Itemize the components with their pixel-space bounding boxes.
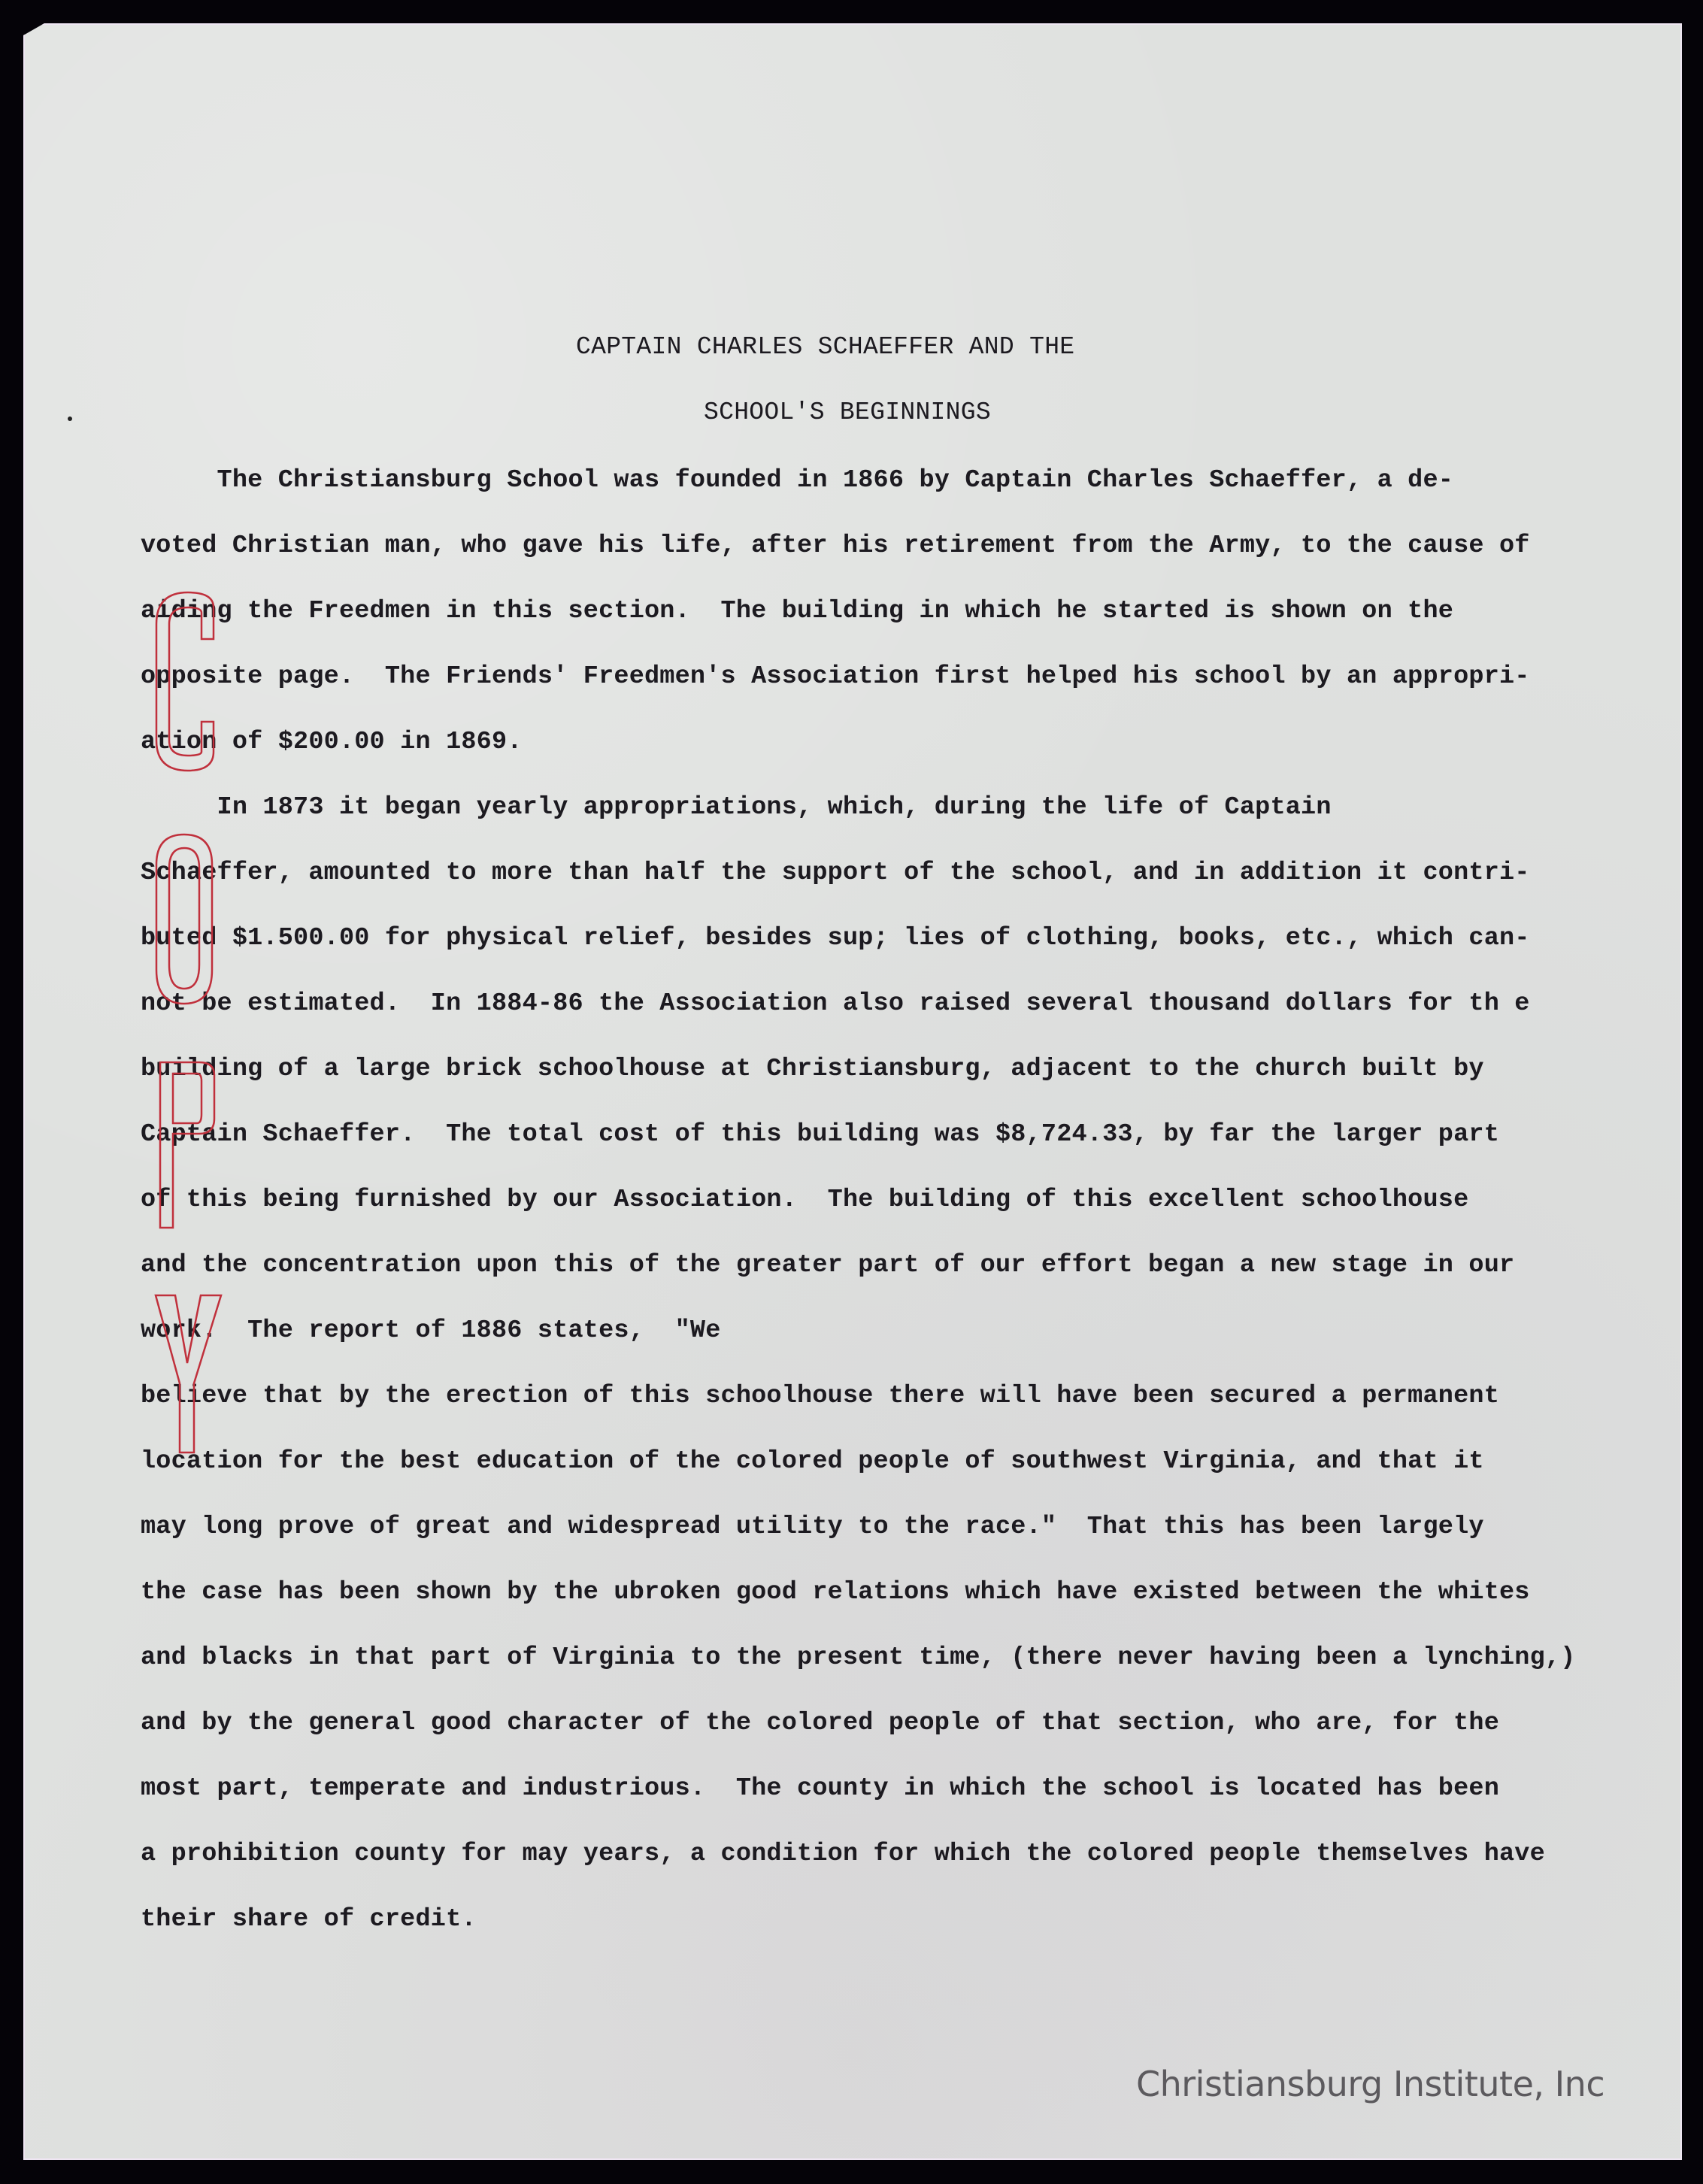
document-title-line-2: SCHOOL'S BEGINNINGS	[704, 398, 991, 426]
watermark-text: Christiansburg Institute, Inc	[1136, 2064, 1605, 2104]
body-line: Captain Schaeffer. The total cost of thi…	[141, 1120, 1499, 1149]
body-line: work. The report of 1886 states, "We	[141, 1316, 721, 1345]
body-line: building of a large brick schoolhouse at…	[141, 1055, 1484, 1083]
body-line: a prohibition county for may years, a co…	[141, 1840, 1545, 1868]
body-line: and blacks in that part of Virginia to t…	[141, 1643, 1576, 1672]
body-line: and the concentration upon this of the g…	[141, 1251, 1514, 1280]
body-line: believe that by the erection of this sch…	[141, 1382, 1499, 1410]
body-line: location for the best education of the c…	[141, 1447, 1484, 1476]
body-line: aiding the Freedmen in this section. The…	[141, 597, 1453, 626]
body-line: not be estimated. In 1884-86 the Associa…	[141, 989, 1530, 1018]
body-line: most part, temperate and industrious. Th…	[141, 1774, 1499, 1803]
body-line: The Christiansburg School was founded in…	[141, 466, 1453, 495]
document-title-line-1: CAPTAIN CHARLES SCHAEFFER AND THE	[576, 333, 1074, 361]
body-line: In 1873 it began yearly appropriations, …	[141, 793, 1332, 822]
body-line: and by the general good character of the…	[141, 1709, 1499, 1737]
body-line: may long prove of great and widespread u…	[141, 1513, 1484, 1541]
body-line: of this being furnished by our Associati…	[141, 1186, 1468, 1214]
body-line: opposite page. The Friends' Freedmen's A…	[141, 662, 1530, 691]
paper-speck	[68, 417, 72, 421]
body-line: voted Christian man, who gave his life, …	[141, 532, 1530, 560]
body-line: ation of $200.00 in 1869.	[141, 728, 523, 756]
body-line: the case has been shown by the ubroken g…	[141, 1578, 1530, 1607]
body-line: Schaeffer, amounted to more than half th…	[141, 859, 1530, 887]
body-line: their share of credit.	[141, 1905, 477, 1934]
body-line: buted $1.500.00 for physical relief, bes…	[141, 924, 1530, 953]
